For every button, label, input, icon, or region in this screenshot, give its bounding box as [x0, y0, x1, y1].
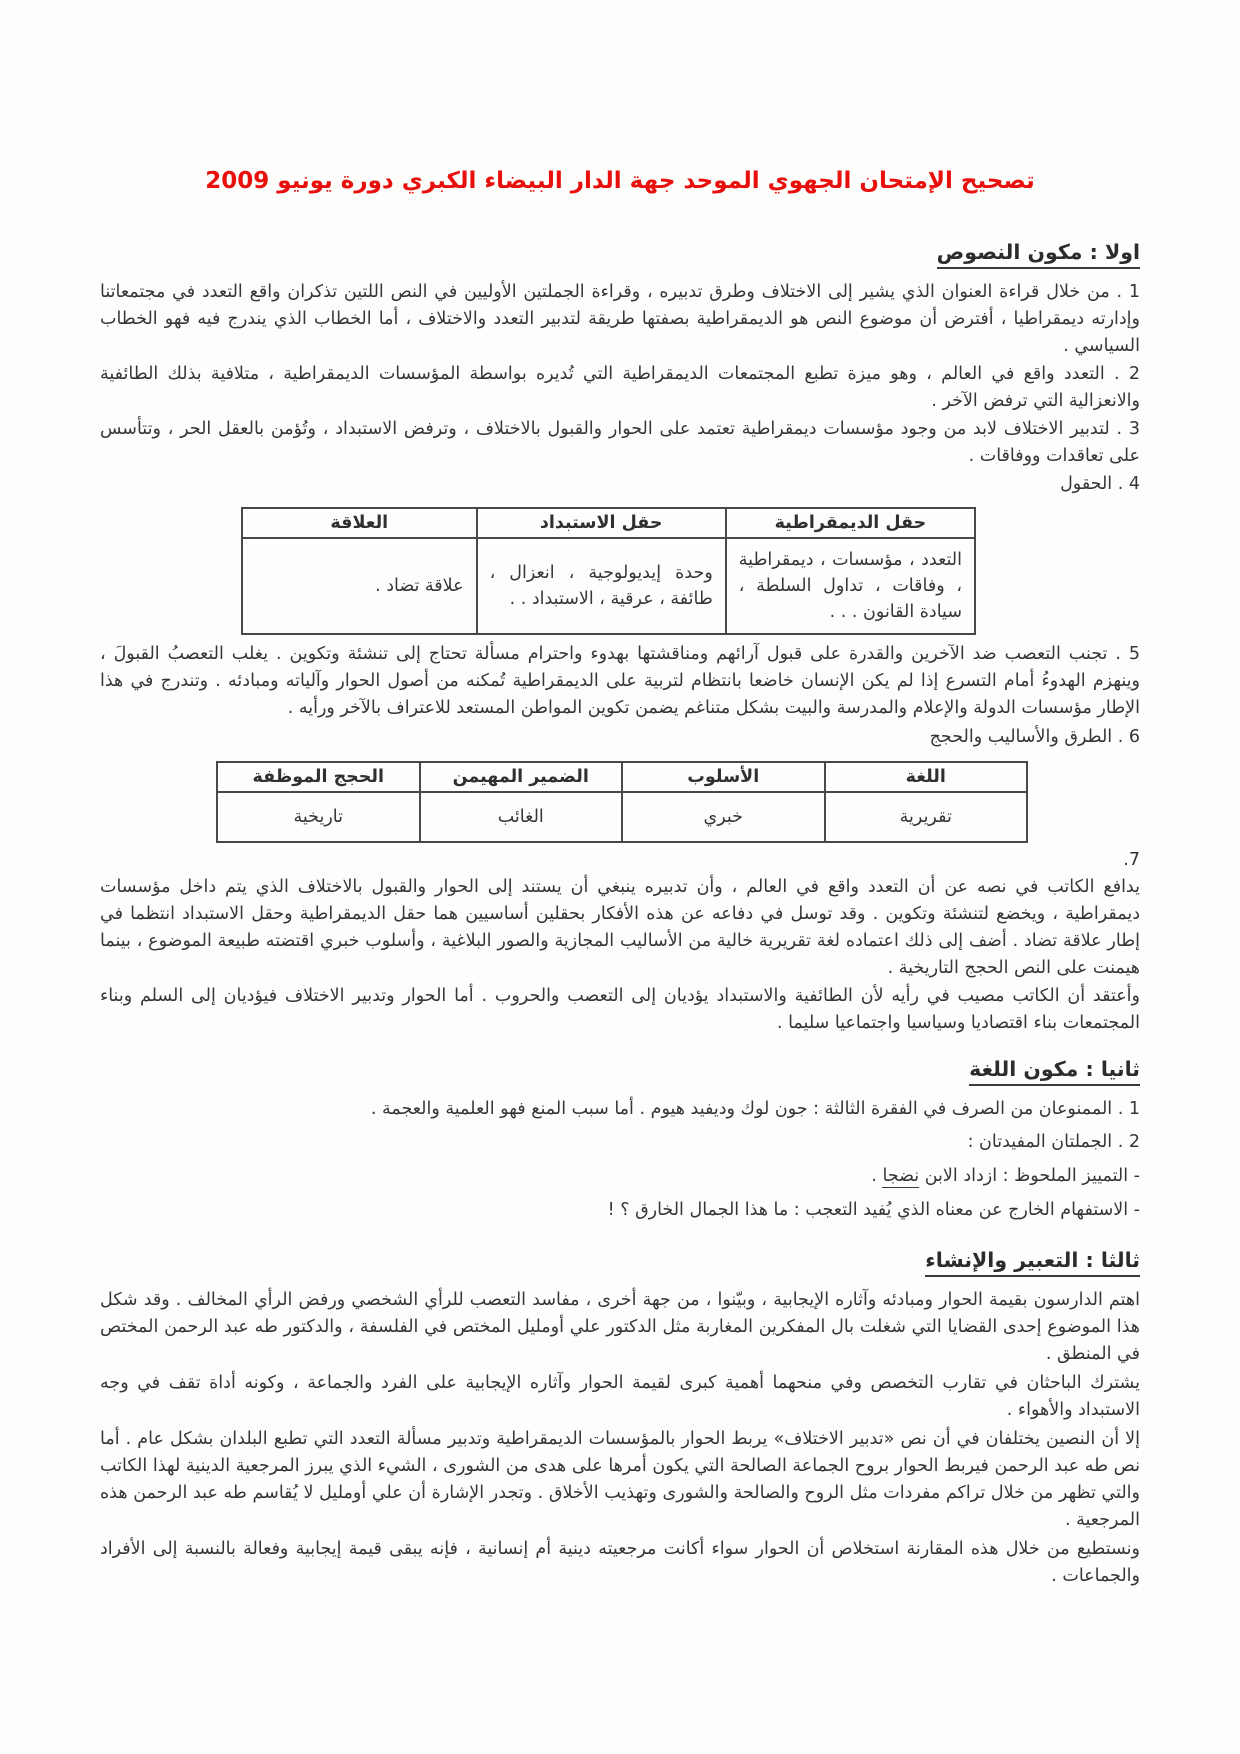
table-cell-tyranny-field: وحدة إيديولوجية ، انعزال ، طائفة ، عرقية…	[477, 538, 726, 634]
document-title: تصحيح الإمتحان الجهوي الموحد جهة الدار ا…	[100, 168, 1140, 194]
fields-table-header-row: حقل الديمقراطية حقل الاستبداد العلاقة	[242, 508, 975, 538]
table-header-relation: العلاقة	[242, 508, 477, 538]
table-cell-democracy-field: التعدد ، مؤسسات ، ديمقراطية ، وفاقات ، ت…	[726, 538, 975, 634]
methods-table-header-row: اللغة الأسلوب الضمير المهيمن الحجج الموظ…	[217, 762, 1027, 792]
scanned-exam-correction-page: تصحيح الإمتحان الجهوي الموحد جهة الدار ا…	[0, 0, 1240, 1754]
answer-paragraph-1: 1 . من خلال قراءة العنوان الذي يشير إلى …	[100, 279, 1140, 360]
table-header-dominant-pronoun: الضمير المهيمن	[420, 762, 623, 792]
answer-paragraph-8: وأعتقد أن الكاتب مصيب في رأيه لأن الطائف…	[100, 983, 1140, 1037]
essay-paragraph-1: اهتم الدارسون بقيمة الحوار ومبادئه وآثار…	[100, 1287, 1140, 1368]
section-texts-component: اولا : مكون النصوص 1 . من خلال قراءة الع…	[100, 240, 1140, 1037]
answer-paragraph-2: 2 . التعدد واقع في العالم ، وهو ميزة تطب…	[100, 361, 1140, 415]
answer-paragraph-3: 3 . لتدبير الاختلاف لابد من وجود مؤسسات …	[100, 416, 1140, 470]
fields-table-row: التعدد ، مؤسسات ، ديمقراطية ، وفاقات ، ت…	[242, 538, 975, 634]
table-header-style: الأسلوب	[622, 762, 825, 792]
table-cell-arguments: تاريخية	[217, 792, 420, 842]
tamyiz-text: - التمييز الملحوظ : ازداد الابن	[919, 1166, 1140, 1186]
answer-paragraph-6: 6 . الطرق والأساليب والحجج	[100, 724, 1140, 751]
essay-paragraph-3: إلا أن النصين يختلفان في أن نص «تدبير ال…	[100, 1426, 1140, 1534]
fields-table: حقل الديمقراطية حقل الاستبداد العلاقة ال…	[241, 507, 976, 635]
answer-paragraph-7: يدافع الكاتب في نصه عن أن التعدد واقع في…	[100, 874, 1140, 982]
section1-heading: اولا : مكون النصوص	[937, 240, 1140, 269]
methods-table: اللغة الأسلوب الضمير المهيمن الحجج الموظ…	[216, 761, 1028, 843]
table-header-tyranny-field: حقل الاستبداد	[477, 508, 726, 538]
section3-heading: ثالثا : التعبير والإنشاء	[925, 1248, 1140, 1277]
table-header-democracy-field: حقل الديمقراطية	[726, 508, 975, 538]
table-header-language: اللغة	[825, 762, 1028, 792]
table-cell-relation: علاقة تضاد .	[242, 538, 477, 634]
tamyiz-period: .	[871, 1166, 882, 1186]
table-header-arguments: الحجج الموظفة	[217, 762, 420, 792]
section2-heading-row: ثانيا : مكون اللغة	[100, 1057, 1140, 1086]
language-example-tamyiz: - التمييز الملحوظ : ازداد الابن نضجا .	[100, 1163, 1140, 1190]
answer-paragraph-5: 5 . تجنب التعصب ضد الآخرين والقدرة على ق…	[100, 641, 1140, 722]
methods-table-row: تقريرية خبري الغائب تاريخية	[217, 792, 1027, 842]
language-answer-2: 2 . الجملتان المفيدتان :	[100, 1129, 1140, 1156]
table-cell-language: تقريرية	[825, 792, 1028, 842]
table-cell-dominant-pronoun: الغائب	[420, 792, 623, 842]
table-cell-style: خبري	[622, 792, 825, 842]
section3-heading-row: ثالثا : التعبير والإنشاء	[100, 1248, 1140, 1277]
section-writing-component: ثالثا : التعبير والإنشاء اهتم الدارسون ب…	[100, 1248, 1140, 1590]
document-content: تصحيح الإمتحان الجهوي الموحد جهة الدار ا…	[100, 0, 1140, 1590]
tamyiz-underlined-word: نضجا	[882, 1166, 919, 1188]
section1-heading-row: اولا : مكون النصوص	[100, 240, 1140, 269]
language-example-istifham: - الاستفهام الخارج عن معناه الذي يُفيد ا…	[100, 1197, 1140, 1224]
section-language-component: ثانيا : مكون اللغة 1 . الممنوعان من الصر…	[100, 1057, 1140, 1224]
section2-heading: ثانيا : مكون اللغة	[969, 1057, 1140, 1086]
answer-number-7: 7.	[100, 847, 1140, 874]
essay-paragraph-2: يشترك الباحثان في تقارب التخصص وفي منحهم…	[100, 1370, 1140, 1424]
essay-paragraph-4: ونستطيع من خلال هذه المقارنة استخلاص أن …	[100, 1536, 1140, 1590]
answer-paragraph-4: 4 . الحقول	[100, 471, 1140, 498]
language-answer-1: 1 . الممنوعان من الصرف في الفقرة الثالثة…	[100, 1096, 1140, 1123]
